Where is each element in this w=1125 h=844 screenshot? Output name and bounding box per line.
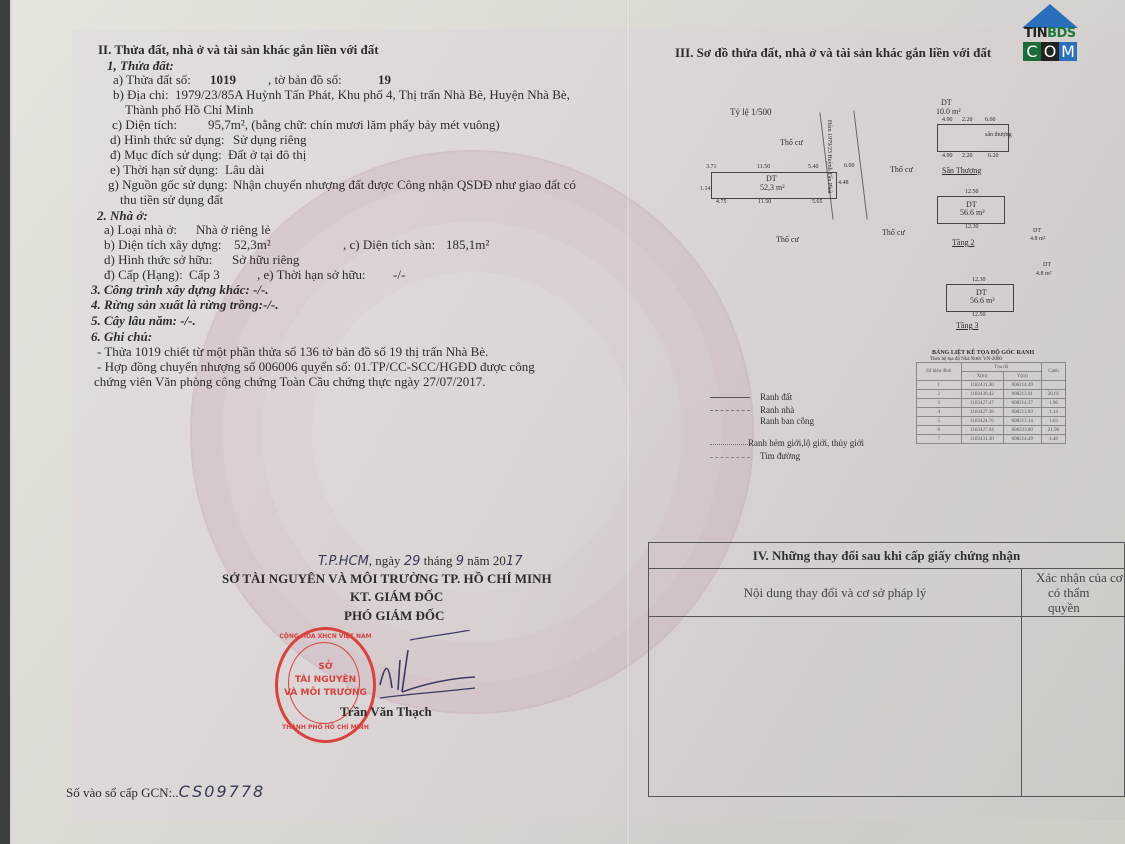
- land-purpose-label: đ) Mục đích sử dụng:: [110, 147, 222, 162]
- dim-top-c: 5.40: [808, 164, 819, 171]
- coord-cell: 3: [917, 399, 962, 408]
- note-1: - Thửa 1019 chiết từ một phần thửa số 13…: [97, 344, 488, 359]
- floor3-name: Tầng 3: [956, 321, 978, 330]
- house-build-area-label: b) Diện tích xây dựng:: [104, 237, 222, 252]
- land-term-value: Lâu dài: [225, 162, 264, 177]
- rooftop-dim-4: 4.90: [942, 153, 953, 160]
- coord-cell: 7: [917, 435, 962, 444]
- stamp-line3: VÀ MÔI TRƯỜNG: [278, 688, 373, 698]
- confirmation-line1: Xác nhận của cơ: [1036, 570, 1123, 585]
- neighbor-label-4: Thổ cư: [882, 228, 905, 237]
- floor3-dim-bottom: 12.50: [972, 312, 986, 319]
- coord-row: 41183427.38608213.931.14: [917, 408, 1066, 417]
- signing-month: 9: [456, 554, 464, 569]
- floor3-dim-top: 12.30: [972, 277, 986, 284]
- coord-cell: 21.90: [1042, 426, 1066, 435]
- issuing-authority: SỞ TÀI NGUYÊN VÀ MÔI TRƯỜNG TP. HỒ CHÍ M…: [222, 571, 552, 586]
- floor3-balcony-area: 4.8 m²: [1036, 271, 1051, 278]
- house-grade-value: Cấp 3: [189, 267, 220, 282]
- stamp-bottom-text: THÀNH PHỐ HỒ CHÍ MINH: [278, 724, 373, 731]
- stamp-line1: SỞ: [278, 662, 373, 672]
- rooftop-name: Sân Thượng: [942, 166, 981, 175]
- year-label: năm 20: [467, 553, 506, 568]
- coord-cell: 608214.49: [1003, 435, 1042, 444]
- dim-right: 4.48: [838, 180, 849, 187]
- legend-line-alley: [710, 444, 750, 445]
- neighbor-label-3: Thổ cư: [776, 235, 799, 244]
- land-parcel-label: a) Thửa đất số:: [113, 72, 191, 87]
- logo-line1: TINBDS: [1024, 26, 1076, 41]
- coord-cell: 608214.49: [1003, 381, 1042, 390]
- coord-cell: 1: [917, 381, 962, 390]
- stamp-top-text: CỘNG HÒA XHCN VIỆT NAM: [278, 633, 373, 640]
- coord-cell: 1.14: [1042, 408, 1066, 417]
- logo-line2: C O M: [1023, 42, 1077, 61]
- coord-row: 61183427.04608233.0021.90: [917, 426, 1066, 435]
- coord-cell: 1183431.30: [961, 435, 1003, 444]
- land-area-value: 95,7m², (bằng chữ: chín mươi lăm phẩy bả…: [208, 117, 500, 132]
- signing-year: 17: [506, 554, 523, 569]
- land-origin-line2: thu tiền sử dụng đất: [120, 192, 223, 207]
- coord-cell: 2: [917, 390, 962, 399]
- house-floor-area-value: 185,1m²: [446, 237, 489, 252]
- changes-confirmation-cell: [1022, 617, 1125, 797]
- coord-cell: 1183431.30: [961, 381, 1003, 390]
- production-forest: 4. Rừng sản xuất là rừng trồng:-/-.: [91, 297, 279, 312]
- coord-cell: 608213.91: [1003, 390, 1042, 399]
- rooftop-dt: DT: [941, 98, 952, 107]
- coord-cell: 1183424.76: [961, 417, 1003, 426]
- floor2-balcony-dt: DT: [1033, 228, 1041, 235]
- house-build-area-value: 52,3m²: [234, 237, 271, 252]
- coord-cell: 1183430.42: [961, 390, 1003, 399]
- changes-table-title: IV. Những thay đổi sau khi cấp giấy chứn…: [649, 543, 1125, 569]
- legend-centerline: Tim đường: [760, 452, 800, 461]
- house-ownership-value: Sở hữu riêng: [232, 252, 299, 267]
- dim-bottom-c: 5.65: [812, 199, 823, 206]
- rooftop-dim-1: 4.90: [942, 117, 953, 124]
- neighbor-label-1: Thổ cư: [780, 138, 803, 147]
- registry-value: CS09778: [179, 782, 266, 801]
- background-edge: [0, 0, 10, 844]
- section-ii-title: II. Thửa đất, nhà ở và tài sản khác gắn …: [98, 42, 379, 57]
- land-address-label: b) Địa chỉ:: [113, 87, 169, 102]
- coord-cell: 4: [917, 408, 962, 417]
- floor2-dim-top: 12.50: [965, 189, 979, 196]
- floor2-balcony-area: 4.8 m²: [1030, 236, 1045, 243]
- parcel-dt: DT: [766, 174, 777, 183]
- house-ownership-label: d) Hình thức sở hữu:: [104, 252, 212, 267]
- logo-o: O: [1041, 42, 1059, 61]
- floor2-dim-bottom: 12.30: [965, 224, 979, 231]
- dim-top-b: 11.50: [757, 164, 770, 171]
- coord-cell: 1.96: [1042, 399, 1066, 408]
- tinbds-logo: TINBDS C O M: [1020, 4, 1080, 62]
- parcel-area: 52,3 m²: [760, 183, 785, 192]
- land-origin-line1: Nhận chuyển nhượng đất được Công nhận QS…: [233, 177, 576, 192]
- house-type-value: Nhà ở riêng lẻ: [196, 222, 270, 237]
- signing-place: T.P.HCM: [318, 554, 369, 569]
- map-scale: Tỷ lệ 1/500: [730, 108, 772, 117]
- coord-cell: 1183427.38: [961, 408, 1003, 417]
- signing-day: 29: [404, 554, 421, 569]
- notes-heading: 6. Ghi chú:: [91, 329, 152, 344]
- floor3-area: 56.6 m²: [970, 296, 995, 305]
- note-3: chứng viên Văn phòng công chứng Toàn Cầu…: [94, 374, 485, 389]
- section-iii-title: III. Sơ đồ thửa đất, nhà ở và tài sản kh…: [675, 45, 991, 60]
- rooftop-area: 10.0 m²: [936, 107, 961, 116]
- coord-cell: [1042, 381, 1066, 390]
- house-own-term-label: , e) Thời hạn sở hữu:: [257, 267, 366, 282]
- coord-row: 71183431.30608214.494.48: [917, 435, 1066, 444]
- perennial-trees: 5. Cây lâu năm: -/-.: [91, 313, 196, 328]
- signer-position: PHÓ GIÁM ĐỐC: [344, 608, 444, 623]
- signing-date: T.P.HCM, ngày 29 tháng 9 năm 2017: [318, 553, 522, 569]
- dim-top-a: 3.71: [706, 164, 717, 171]
- legend-line-centerline: [710, 457, 750, 458]
- coord-row: 31183427.47608214.371.96: [917, 399, 1066, 408]
- changes-col-content: Nội dung thay đổi và cơ sở pháp lý: [649, 569, 1022, 617]
- page-fold: [626, 0, 630, 844]
- legend-land: Ranh đất: [760, 393, 792, 402]
- registry-label: Số vào sổ cấp GCN:..: [66, 785, 179, 800]
- land-heading: 1, Thửa đất:: [107, 58, 174, 73]
- coord-cell: 608213.14: [1003, 417, 1042, 426]
- legend-balcony: Ranh ban công: [760, 417, 814, 426]
- coord-cell: 1183427.04: [961, 426, 1003, 435]
- floor3-balcony-dt: DT: [1043, 262, 1051, 269]
- coord-cell: 20.61: [1042, 390, 1066, 399]
- logo-c: C: [1023, 42, 1041, 61]
- house-roof-icon: [1022, 4, 1078, 28]
- land-purpose-value: Đất ở tại đô thị: [228, 147, 306, 162]
- coord-cell: 1183427.47: [961, 399, 1003, 408]
- legend-house: Ranh nhà: [760, 406, 794, 415]
- coord-header-vertex: Số hiệu đỉnh: [917, 363, 962, 381]
- land-address-line2: Thành phố Hồ Chí Minh: [125, 102, 254, 117]
- house-grade-label: đ) Cấp (Hạng):: [104, 267, 183, 282]
- neighbor-label-2: Thổ cư: [890, 165, 913, 174]
- coord-cell: 608213.93: [1003, 408, 1042, 417]
- coord-cell: 6: [917, 426, 962, 435]
- house-own-term-value: -/-: [393, 267, 405, 282]
- house-type-label: a) Loại nhà ở:: [104, 222, 177, 237]
- legend-line-land: [710, 397, 750, 398]
- coord-cell: 608233.00: [1003, 426, 1042, 435]
- coord-header-x: X(m): [961, 372, 1003, 381]
- note-2: - Hợp đồng chuyển nhượng số 006006 quyển…: [97, 359, 535, 374]
- dim-left: 1.14: [700, 186, 711, 193]
- coord-header-edge: Cạnh: [1042, 363, 1066, 381]
- registry-number: Số vào sổ cấp GCN:..CS09778: [66, 784, 265, 800]
- coord-row: 21183430.42608213.9120.61: [917, 390, 1066, 399]
- land-address-line1: 1979/23/85A Huỳnh Tấn Phát, Khu phố 4, T…: [175, 87, 570, 102]
- stamp-line2: TÀI NGUYÊN: [278, 675, 373, 685]
- coord-cell: 608214.37: [1003, 399, 1042, 408]
- coord-header-coords: Tọa độ: [961, 363, 1042, 372]
- rooftop-dim-5: 2.20: [962, 153, 973, 160]
- month-label: tháng: [424, 553, 453, 568]
- land-term-label: e) Thời hạn sử dụng:: [110, 162, 218, 177]
- changes-table: IV. Những thay đổi sau khi cấp giấy chứn…: [648, 542, 1125, 797]
- land-origin-label: g) Nguồn gốc sử dụng:: [108, 177, 228, 192]
- other-works: 3. Công trình xây dựng khác: -/-.: [91, 282, 269, 297]
- signer-name: Trần Văn Thạch: [340, 704, 432, 719]
- on-behalf: KT. GIÁM ĐỐC: [350, 589, 443, 604]
- rooftop-note: sân thượng: [985, 132, 1012, 139]
- coord-header-y: Y(m): [1003, 372, 1042, 381]
- rooftop-dim-6: 6.20: [988, 153, 999, 160]
- land-sheet-value: 19: [378, 72, 391, 87]
- floor2-name: Tầng 2: [952, 238, 974, 247]
- dim-right-top: 6.00: [844, 163, 855, 170]
- confirmation-line2: có thẩm quyền: [1036, 585, 1123, 615]
- logo-m: M: [1059, 42, 1077, 61]
- date-prefix: , ngày: [369, 553, 401, 568]
- land-use-form-label: d) Hình thức sử dụng:: [110, 132, 224, 147]
- dim-bottom-b: 11.50: [758, 199, 771, 206]
- logo-bds: BDS: [1047, 26, 1076, 41]
- legend-line-house: [710, 410, 750, 411]
- land-sheet-label: , tờ bản đồ số:: [268, 72, 342, 87]
- official-stamp: CỘNG HÒA XHCN VIỆT NAM SỞ TÀI NGUYÊN VÀ …: [275, 627, 376, 743]
- dim-bottom-a: 4.75: [716, 199, 727, 206]
- rooftop-dim-2: 2.20: [962, 117, 973, 124]
- coord-cell: 4.48: [1042, 435, 1066, 444]
- coord-table: Số hiệu đỉnh Tọa độ Cạnh X(m) Y(m) 11183…: [916, 362, 1066, 444]
- floor2-area: 56.6 m²: [960, 208, 985, 217]
- coord-cell: 5: [917, 417, 962, 426]
- changes-content-cell: [649, 617, 1022, 797]
- changes-col-confirmation: Xác nhận của cơ có thẩm quyền: [1022, 569, 1125, 617]
- coord-row: 11183431.30608214.49: [917, 381, 1066, 390]
- coord-row: 51183424.76608213.141.63: [917, 417, 1066, 426]
- coord-table-body: 11183431.30608214.4921183430.42608213.91…: [917, 381, 1066, 444]
- rooftop-dim-3: 6.60: [985, 117, 996, 124]
- legend-alley: Ranh hẻm giới,lộ giới, thủy giới: [748, 439, 864, 448]
- house-floor-area-label: , c) Diện tích sàn:: [343, 237, 435, 252]
- land-area-label: c) Diện tích:: [112, 117, 177, 132]
- land-use-form-value: Sử dụng riêng: [233, 132, 307, 147]
- house-heading: 2. Nhà ở:: [97, 208, 148, 223]
- coord-cell: 1.63: [1042, 417, 1066, 426]
- land-parcel-value: 1019: [210, 72, 236, 87]
- logo-tin: TIN: [1024, 26, 1047, 41]
